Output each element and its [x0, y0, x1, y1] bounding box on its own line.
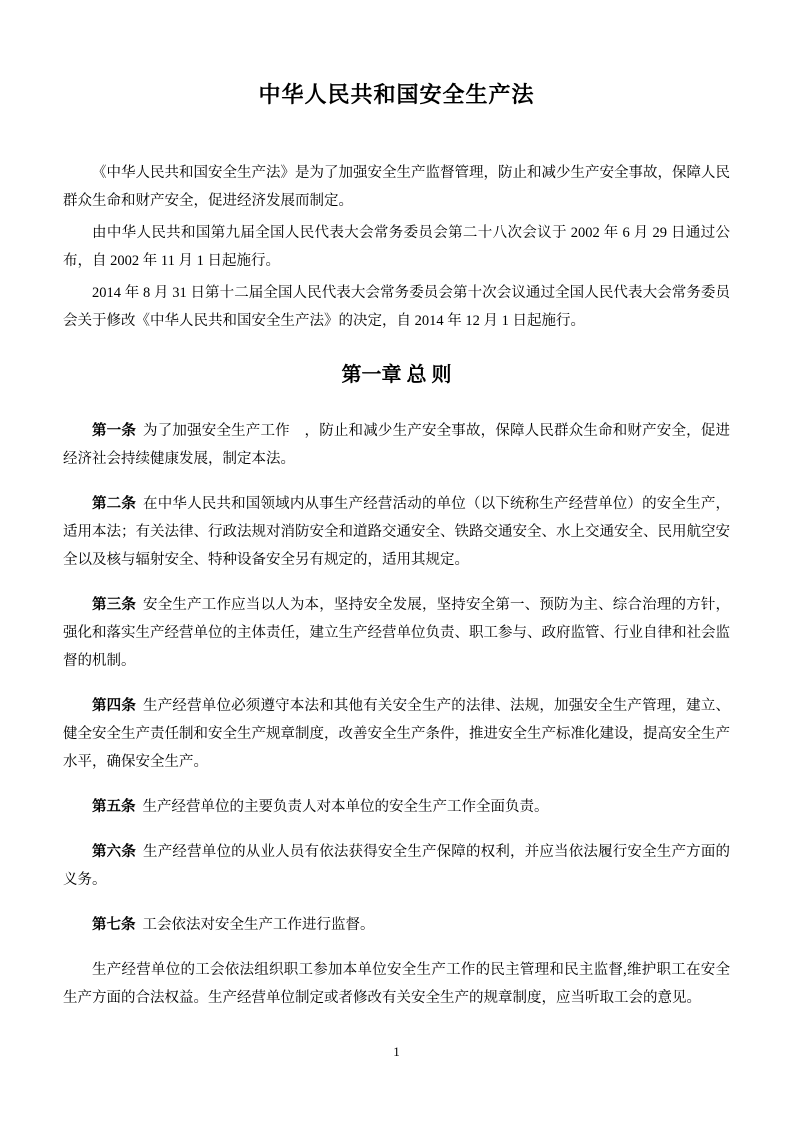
article-paragraph-7: 第七条工会依法对安全生产工作进行监督。	[63, 911, 730, 939]
article-paragraph-2: 第二条在中华人民共和国领域内从事生产经营活动的单位（以下统称生产经营单位）的安全…	[63, 490, 730, 574]
article-7-text: 工会依法对安全生产工作进行监督。	[143, 917, 375, 933]
article-6-text: 生产经营单位的从业人员有依法获得安全生产保障的权利，并应当依法履行安全生产方面的…	[63, 844, 730, 888]
page-number: 1	[0, 1044, 793, 1060]
article-1-text: 为了加强安全生产工作 ，防止和减少生产安全事故，保障人民群众生命和财产安全，促进…	[63, 423, 730, 467]
document-title: 中华人民共和国安全生产法	[63, 80, 730, 109]
article-paragraph-3: 第三条安全生产工作应当以人为本，坚持安全发展，坚持安全第一、预防为主、综合治理的…	[63, 591, 730, 675]
closing-paragraph: 生产经营单位的工会依法组织职工参加本单位安全生产工作的民主管理和民主监督,维护职…	[63, 956, 730, 1012]
article-paragraph-5: 第五条生产经营单位的主要负责人对本单位的安全生产工作全面负责。	[63, 793, 730, 821]
article-2-number: 第二条	[92, 496, 136, 512]
article-paragraph-6: 第六条生产经营单位的从业人员有依法获得安全生产保障的权利，并应当依法履行安全生产…	[63, 838, 730, 894]
article-5-text: 生产经营单位的主要负责人对本单位的安全生产工作全面负责。	[143, 799, 549, 815]
intro-paragraph-purpose: 《中华人民共和国安全生产法》是为了加强安全生产监督管理，防止和减少生产安全事故，…	[63, 159, 730, 215]
document-content: 中华人民共和国安全生产法 《中华人民共和国安全生产法》是为了加强安全生产监督管理…	[0, 0, 793, 1012]
article-4-number: 第四条	[92, 698, 136, 714]
article-3-text: 安全生产工作应当以人为本，坚持安全发展，坚持安全第一、预防为主、综合治理的方针，…	[63, 597, 730, 669]
document-page: 中华人民共和国安全生产法 《中华人民共和国安全生产法》是为了加强安全生产监督管理…	[0, 0, 793, 1122]
article-3-number: 第三条	[92, 597, 136, 613]
article-4-text: 生产经营单位必须遵守本法和其他有关安全生产的法律、法规，加强安全生产管理，建立、…	[63, 698, 730, 770]
article-2-text: 在中华人民共和国领域内从事生产经营活动的单位（以下统称生产经营单位）的安全生产，…	[63, 496, 730, 568]
intro-paragraph-adoption: 由中华人民共和国第九届全国人民代表大会常务委员会第二十八次会议于 2002 年 …	[63, 219, 730, 275]
article-5-number: 第五条	[92, 799, 136, 815]
article-paragraph-1: 第一条为了加强安全生产工作 ，防止和减少生产安全事故，保障人民群众生命和财产安全…	[63, 417, 730, 473]
article-paragraph-4: 第四条生产经营单位必须遵守本法和其他有关安全生产的法律、法规，加强安全生产管理，…	[63, 692, 730, 776]
article-7-number: 第七条	[92, 917, 136, 933]
intro-paragraph-amendment: 2014 年 8 月 31 日第十二届全国人民代表大会常务委员会第十次会议通过全…	[63, 279, 730, 335]
article-1-number: 第一条	[92, 423, 136, 439]
article-6-number: 第六条	[92, 844, 136, 860]
chapter-heading: 第一章 总 则	[63, 359, 730, 391]
